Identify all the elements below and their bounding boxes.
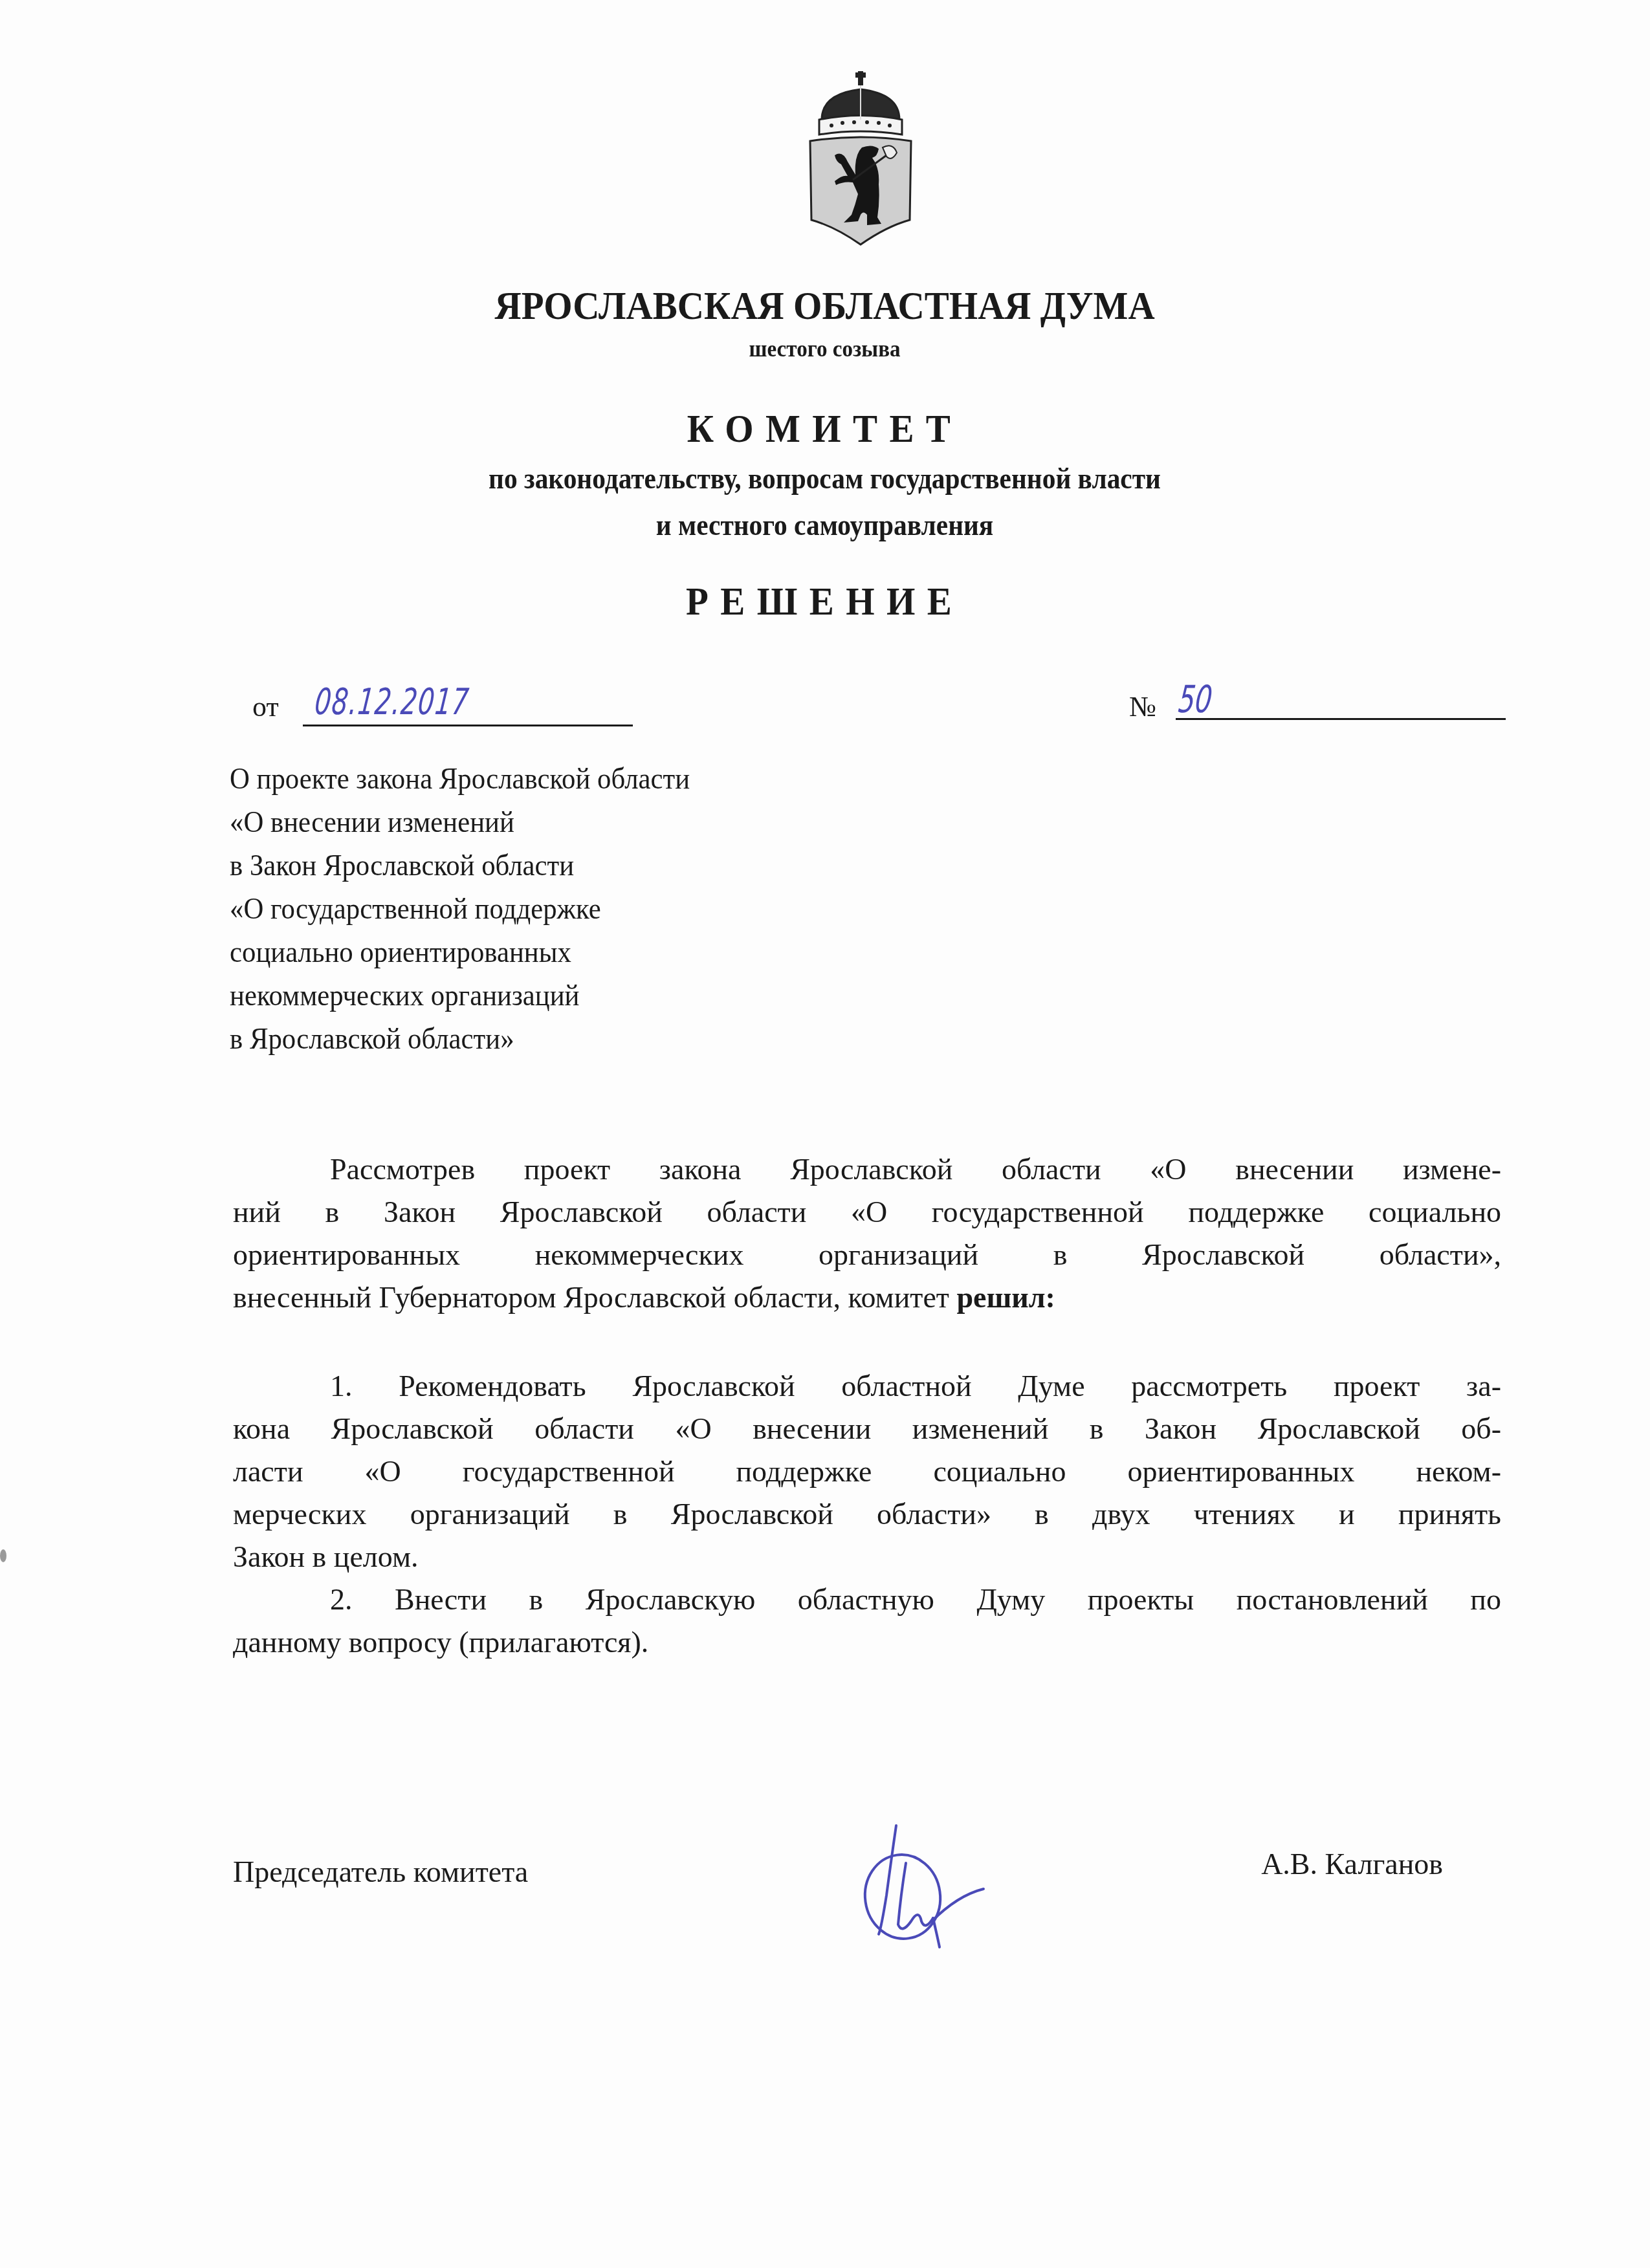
subject-line: «О государственной поддержке [230, 887, 690, 930]
paragraph-line: 2. Внести в Ярославскую областную Думу п… [233, 1578, 1501, 1621]
subject-line: в Закон Ярославской области [230, 844, 690, 887]
signatory-name: А.В. Калганов [1261, 1847, 1443, 1881]
intro-paragraph: Рассмотрев проект закона Ярославской обл… [233, 1148, 1501, 1319]
paragraph-line: Закон в целом. [233, 1536, 1501, 1578]
subject-line: О проекте закона Ярославской области [230, 757, 690, 800]
paragraph-line-last: внесенный Губернатором Ярославской облас… [233, 1276, 1501, 1319]
subject-line: некоммерческих организаций [230, 974, 690, 1017]
coat-of-arms-icon [796, 71, 925, 246]
paragraph-line: Рассмотрев проект закона Ярославской обл… [233, 1148, 1501, 1191]
paragraph-line: ориентированных некоммерческих организац… [233, 1234, 1501, 1276]
subject-line: социально ориентированных [230, 930, 690, 974]
number-label: № [1129, 690, 1156, 723]
subject-line: «О внесении изменений [230, 800, 690, 844]
committee-subtitle-line-2: и местного самоуправления [82, 508, 1567, 542]
paragraph-text: внесенный Губернатором Ярославской облас… [233, 1281, 949, 1314]
subject-heading: О проекте закона Ярославской области «О … [230, 757, 690, 1060]
document-page: ЯРОСЛАВСКАЯ ОБЛАСТНАЯ ДУМА шестого созыв… [0, 0, 1650, 2268]
committee-title: КОМИТЕТ [66, 406, 1584, 452]
decision-item-2: 2. Внести в Ярославскую областную Думу п… [233, 1578, 1501, 1664]
paragraph-line: 1. Рекомендовать Ярославской областной Д… [233, 1365, 1501, 1408]
organization-title: ЯРОСЛАВСКАЯ ОБЛАСТНАЯ ДУМА [66, 283, 1584, 329]
signatory-role: Председатель комитета [233, 1855, 528, 1889]
committee-subtitle-line-1: по законодательству, вопросам государств… [82, 461, 1567, 496]
subject-line: в Ярославской области» [230, 1017, 690, 1060]
convocation-subtitle: шестого созыва [66, 335, 1584, 362]
handwritten-signature-icon [835, 1818, 1048, 1954]
document-type-title: РЕШЕНИЕ [66, 579, 1584, 625]
number-underline [1176, 718, 1506, 720]
paragraph-line: кона Ярославской области «О внесении изм… [233, 1408, 1501, 1450]
date-value-handwritten: 08.12.2017 [313, 681, 472, 723]
paragraph-line: ний в Закон Ярославской области «О госуд… [233, 1191, 1501, 1234]
decision-item-1: 1. Рекомендовать Ярославской областной Д… [233, 1365, 1501, 1578]
date-underline [303, 725, 633, 726]
scan-artifact [0, 1549, 6, 1562]
crown-icon [819, 71, 902, 135]
number-value-handwritten: 50 [1176, 677, 1214, 721]
decision-keyword: решил: [956, 1281, 1055, 1314]
date-label: от [252, 690, 279, 723]
paragraph-line: данному вопросу (прилагаются). [233, 1621, 1501, 1664]
paragraph-line: мерческих организаций в Ярославской обла… [233, 1493, 1501, 1536]
paragraph-line: ласти «О государственной поддержке социа… [233, 1450, 1501, 1493]
